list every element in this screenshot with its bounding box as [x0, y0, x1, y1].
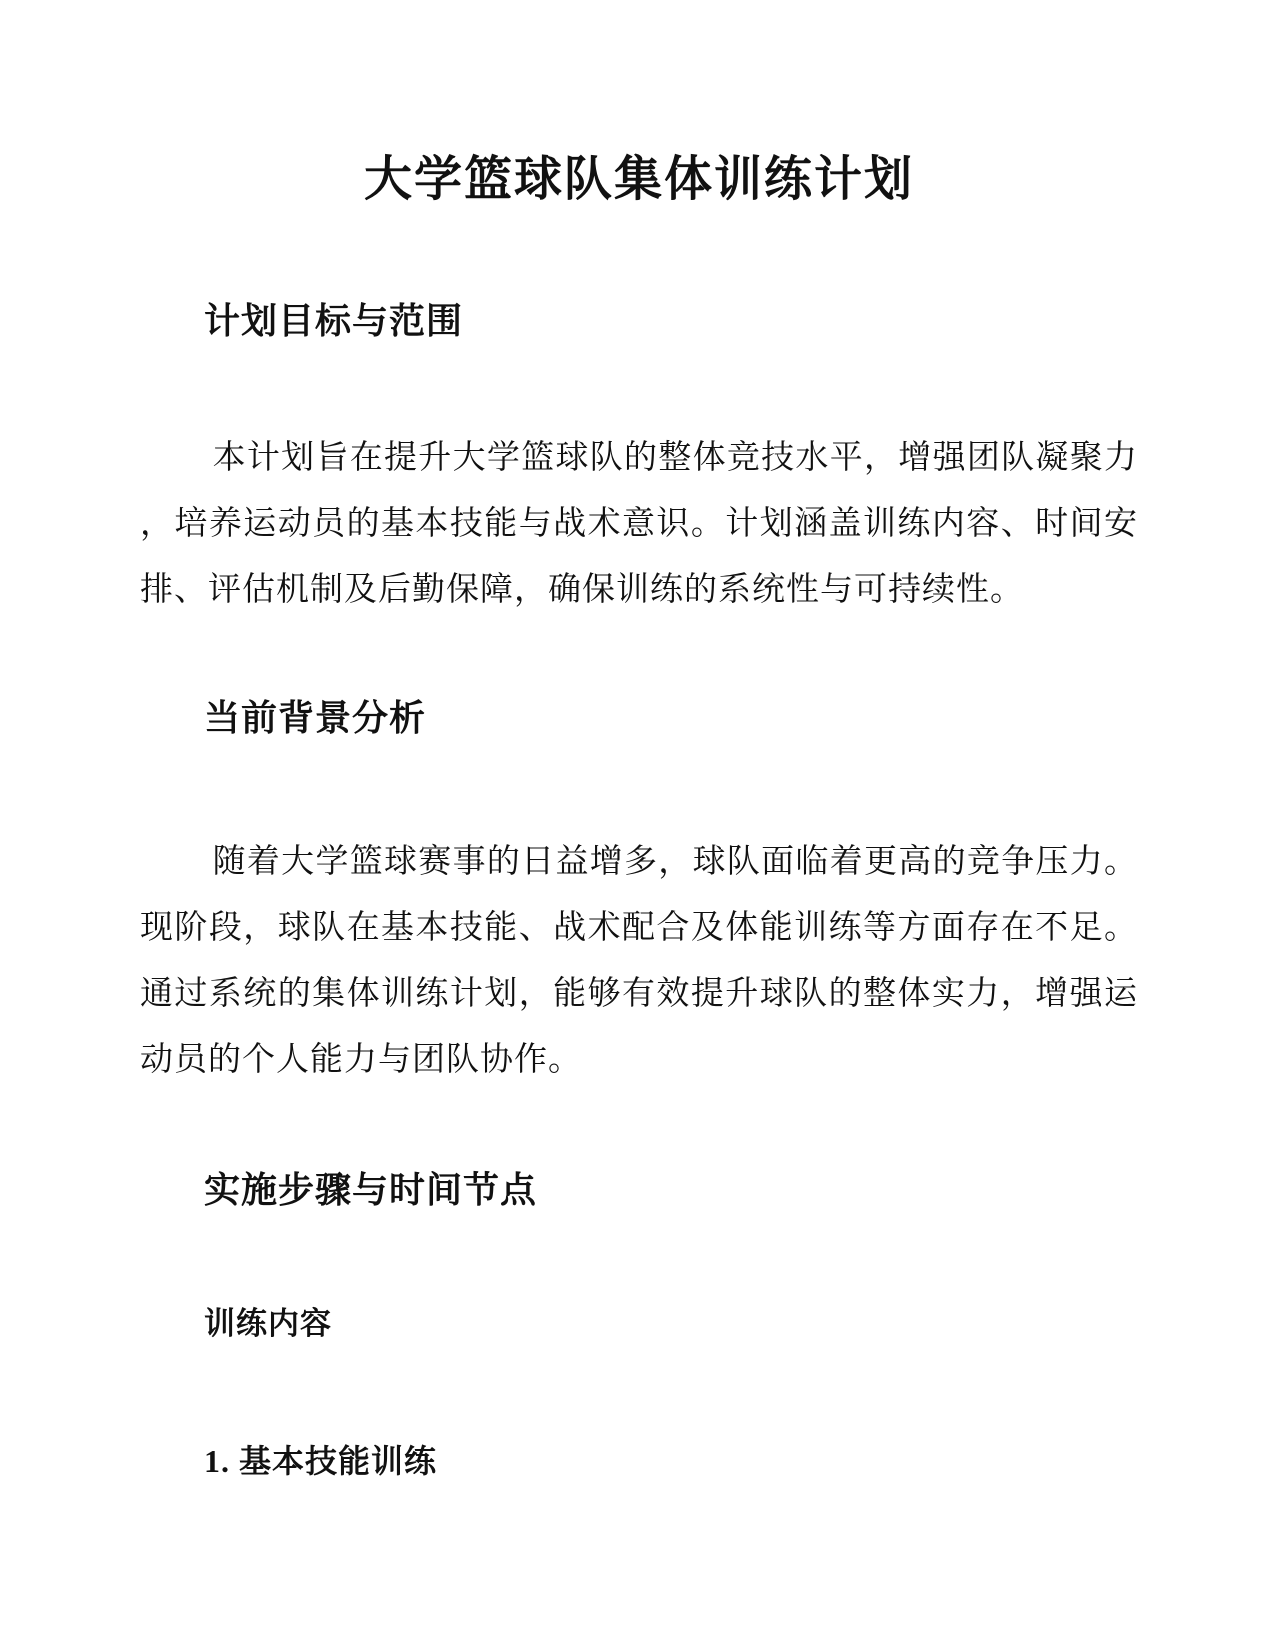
list-item-basic-skills-training: 1. 基本技能训练	[140, 1440, 1138, 1482]
section-heading-implementation-steps: 实施步骤与时间节点	[140, 1168, 1138, 1212]
paragraph-background-analysis: 随着大学篮球赛事的日益增多，球队面临着更高的竞争压力。现阶段，球队在基本技能、战…	[140, 829, 1138, 1093]
section-heading-background-analysis: 当前背景分析	[140, 696, 1138, 740]
document-title: 大学篮球队集体训练计划	[140, 150, 1138, 210]
paragraph-plan-goals-scope: 本计划旨在提升大学篮球队的整体竞技水平，增强团队凝聚力，培养运动员的基本技能与战…	[140, 425, 1138, 623]
subsection-heading-training-content: 训练内容	[140, 1304, 1138, 1344]
section-heading-plan-goals-scope: 计划目标与范围	[140, 299, 1138, 343]
document-page: 大学篮球队集体训练计划 计划目标与范围 本计划旨在提升大学篮球队的整体竞技水平，…	[0, 0, 1275, 1650]
